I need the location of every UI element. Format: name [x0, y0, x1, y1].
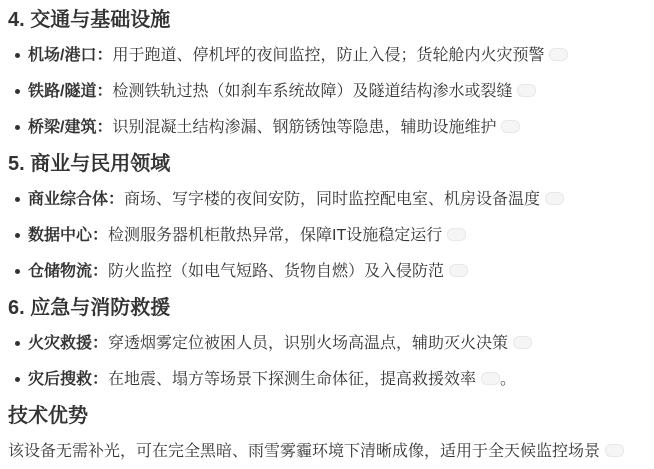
item-label: 铁路/隧道：: [28, 83, 112, 100]
list-item-fire-rescue: 火灾救援：穿透烟雾定位被困人员，识别火场高温点，辅助灭火决策: [8, 330, 642, 358]
item-label: 商业综合体：: [28, 191, 124, 208]
item-text: 识别混凝土结构渗漏、钢筋锈蚀等隐患，辅助设施维护: [112, 119, 496, 136]
item-text: 检测服务器机柜散热异常，保障IT设施稳定运行: [108, 227, 442, 244]
item-label: 灾后搜救：: [28, 371, 108, 388]
section-heading-emergency: 6. 应急与消防救援: [8, 294, 642, 322]
item-label: 仓储物流：: [28, 263, 108, 280]
list-item-warehouse-logistics: 仓储物流：防火监控（如电气短路、货物自燃）及入侵防范: [8, 258, 642, 286]
section-heading-tech-advantages: 技术优势: [8, 402, 642, 430]
item-text: 穿透烟雾定位被困人员，识别火场高温点，辅助灭火决策: [108, 335, 508, 352]
list-item-disaster-search: 灾后搜救：在地震、塌方等场景下探测生命体征，提高救援效率。: [8, 366, 642, 394]
closing-text: 该设备无需补光，可在完全黑暗、雨雪雾霾环境下清晰成像，适用于全天候监控场景: [8, 443, 600, 460]
bullet-list-transport: 机场/港口：用于跑道、停机坪的夜间监控，防止入侵；货轮舱内火灾预警 铁路/隧道：…: [8, 42, 642, 142]
section-heading-commercial: 5. 商业与民用领域: [8, 150, 642, 178]
item-label: 数据中心：: [28, 227, 108, 244]
list-item-airport-port: 机场/港口：用于跑道、停机坪的夜间监控，防止入侵；货轮舱内火灾预警: [8, 42, 642, 70]
bullet-list-emergency: 火灾救援：穿透烟雾定位被困人员，识别火场高温点，辅助灭火决策 灾后搜救：在地震、…: [8, 330, 642, 394]
citation-badge[interactable]: [501, 120, 520, 133]
citation-badge[interactable]: [513, 336, 532, 349]
section-heading-transport: 4. 交通与基础设施: [8, 6, 642, 34]
item-label: 火灾救援：: [28, 335, 108, 352]
item-text: 在地震、塌方等场景下探测生命体征，提高救援效率: [108, 371, 476, 388]
list-item-bridge-building: 桥梁/建筑：识别混凝土结构渗漏、钢筋锈蚀等隐患，辅助设施维护: [8, 114, 642, 142]
citation-badge[interactable]: [545, 192, 564, 205]
list-item-commercial-complex: 商业综合体：商场、写字楼的夜间安防，同时监控配电室、机房设备温度: [8, 186, 642, 214]
item-text: 商场、写字楼的夜间安防，同时监控配电室、机房设备温度: [124, 191, 540, 208]
citation-badge[interactable]: [447, 228, 466, 241]
item-text: 用于跑道、停机坪的夜间监控，防止入侵；货轮舱内火灾预警: [112, 47, 544, 64]
list-item-data-center: 数据中心：检测服务器机柜散热异常，保障IT设施稳定运行: [8, 222, 642, 250]
document-body: 4. 交通与基础设施 机场/港口：用于跑道、停机坪的夜间监控，防止入侵；货轮舱内…: [0, 0, 654, 466]
citation-badge[interactable]: [449, 264, 468, 277]
item-suffix: 。: [500, 371, 516, 388]
item-label: 桥梁/建筑：: [28, 119, 112, 136]
item-text: 检测铁轨过热（如刹车系统故障）及隧道结构渗水或裂缝: [112, 83, 512, 100]
citation-badge[interactable]: [481, 372, 500, 385]
citation-badge[interactable]: [605, 444, 624, 457]
item-label: 机场/港口：: [28, 47, 112, 64]
citation-badge[interactable]: [517, 84, 536, 97]
citation-badge[interactable]: [549, 48, 568, 61]
list-item-rail-tunnel: 铁路/隧道：检测铁轨过热（如刹车系统故障）及隧道结构渗水或裂缝: [8, 78, 642, 106]
item-text: 防火监控（如电气短路、货物自燃）及入侵防范: [108, 263, 444, 280]
closing-paragraph: 该设备无需补光，可在完全黑暗、雨雪雾霾环境下清晰成像，适用于全天候监控场景: [8, 438, 642, 466]
bullet-list-commercial: 商业综合体：商场、写字楼的夜间安防，同时监控配电室、机房设备温度 数据中心：检测…: [8, 186, 642, 286]
